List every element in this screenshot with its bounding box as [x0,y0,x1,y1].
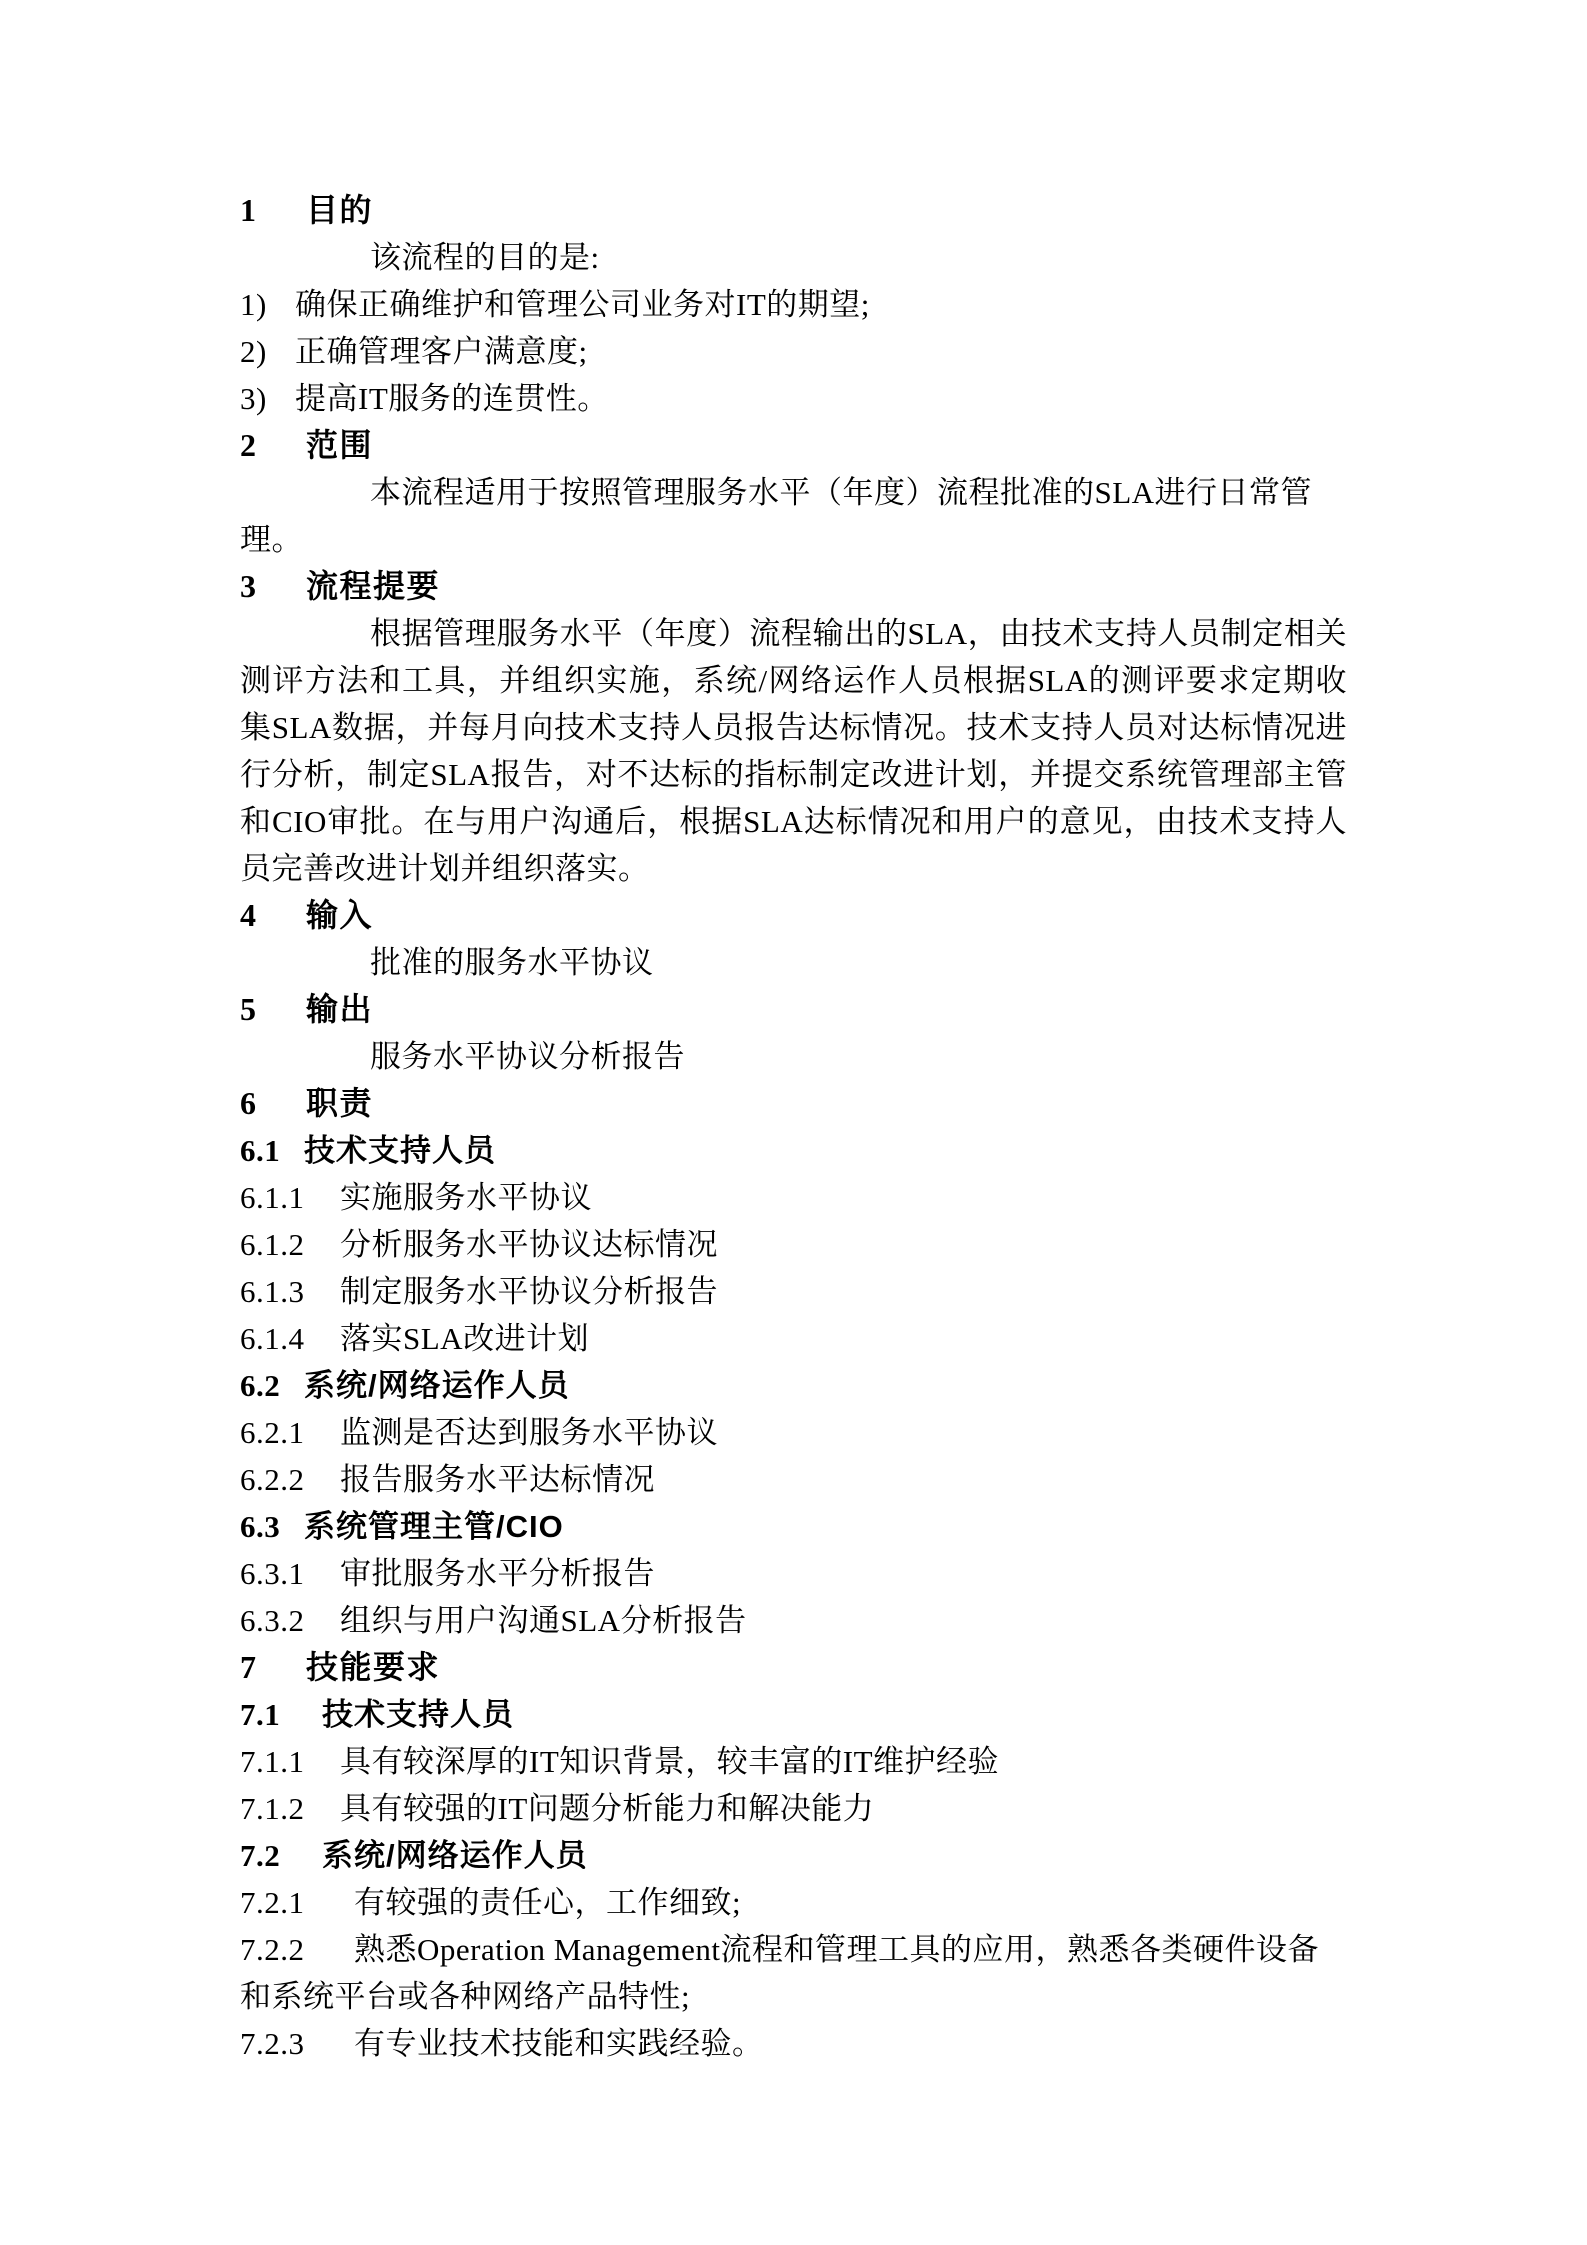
item-number: 6.3 [240,1503,304,1550]
body-text: 该流程的目的是: [370,240,600,275]
numbered-item: 7.2.1有较强的责任心，工作细致; [240,1879,1347,1926]
item-number: 1 [240,187,306,234]
body-text: 具有较深厚的IT知识背景，较丰富的IT维护经验 [340,1744,999,1779]
document-body: 1目的该流程的目的是:1)确保正确维护和管理公司业务对IT的期望;2)正确管理客… [240,187,1347,2067]
body-text: 制定服务水平协议分析报告 [340,1274,718,1309]
subsection-heading: 6.2系统/网络运作人员 [240,1362,1347,1409]
body-text: 有较强的责任心，工作细致; [354,1885,741,1920]
item-number: 5 [240,986,306,1033]
body-text: 有专业技术技能和实践经验。 [354,2026,764,2061]
item-number: 2 [240,422,306,469]
paragraph: 根据管理服务水平（年度）流程输出的SLA，由技术支持人员制定相关测评方法和工具，… [240,610,1347,892]
subsection-heading: 7.2系统/网络运作人员 [240,1832,1347,1879]
numbered-item: 6.2.1监测是否达到服务水平协议 [240,1409,1347,1456]
heading-text: 职责 [306,1085,373,1121]
item-number: 6.2 [240,1362,304,1409]
list-marker: 3) [240,375,295,422]
subsection-heading: 7.1技术支持人员 [240,1691,1347,1738]
heading-text: 范围 [306,427,373,463]
numbered-item: 6.1.2分析服务水平协议达标情况 [240,1221,1347,1268]
item-number: 4 [240,892,306,939]
item-number: 6.2.2 [240,1456,340,1503]
section-heading: 7技能要求 [240,1644,1347,1691]
section-heading: 4输入 [240,892,1347,939]
item-number: 6.1.2 [240,1221,340,1268]
list-item: 3)提高IT服务的连贯性。 [240,375,1347,422]
numbered-item: 7.1.2具有较强的IT问题分析能力和解决能力 [240,1785,1347,1832]
section-heading: 5输出 [240,986,1347,1033]
body-text: 具有较强的IT问题分析能力和解决能力 [340,1791,874,1826]
item-number: 7.2.3 [240,2020,354,2067]
heading-text: 流程提要 [306,568,440,604]
body-text: 提高IT服务的连贯性。 [295,381,609,416]
item-number: 6.1 [240,1127,304,1174]
heading-text: 系统/网络运作人员 [322,1838,588,1873]
heading-text: 系统/网络运作人员 [304,1368,570,1403]
body-text: 分析服务水平协议达标情况 [340,1227,718,1262]
body-text: 组织与用户沟通SLA分析报告 [340,1603,747,1638]
item-number: 6.2.1 [240,1409,340,1456]
list-marker: 2) [240,328,295,375]
body-text: 根据管理服务水平（年度）流程输出的SLA，由技术支持人员制定相关测评方法和工具，… [240,616,1347,886]
paragraph: 批准的服务水平协议 [240,939,1347,986]
item-number: 7.2.2 [240,1926,354,1973]
section-heading: 2范围 [240,422,1347,469]
body-text: 服务水平协议分析报告 [370,1039,685,1074]
item-number: 7.1.1 [240,1738,340,1785]
section-heading: 3流程提要 [240,563,1347,610]
item-number: 6.3.2 [240,1597,340,1644]
numbered-item: 6.3.2组织与用户沟通SLA分析报告 [240,1597,1347,1644]
list-marker: 1) [240,281,295,328]
paragraph: 服务水平协议分析报告 [240,1033,1347,1080]
body-text: 落实SLA改进计划 [340,1321,589,1356]
body-text: 报告服务水平达标情况 [340,1462,655,1497]
item-number: 6.1.4 [240,1315,340,1362]
body-text: 审批服务水平分析报告 [340,1556,655,1591]
item-number: 7.1.2 [240,1785,340,1832]
body-text: 本流程适用于按照管理服务水平（年度）流程批准的SLA进行日常管理。 [240,475,1312,557]
paragraph: 本流程适用于按照管理服务水平（年度）流程批准的SLA进行日常管理。 [240,469,1347,563]
item-number: 6 [240,1080,306,1127]
body-text: 监测是否达到服务水平协议 [340,1415,718,1450]
body-text: 实施服务水平协议 [340,1180,592,1215]
numbered-item: 7.1.1具有较深厚的IT知识背景，较丰富的IT维护经验 [240,1738,1347,1785]
heading-text: 技术支持人员 [322,1697,514,1732]
list-item: 2)正确管理客户满意度; [240,328,1347,375]
subsection-heading: 6.1技术支持人员 [240,1127,1347,1174]
body-text: 熟悉Operation Management流程和管理工具的应用，熟悉各类硬件设… [240,1932,1319,2014]
item-number: 3 [240,563,306,610]
heading-text: 技术支持人员 [304,1133,496,1168]
section-heading: 1目的 [240,187,1347,234]
heading-text: 技能要求 [306,1649,440,1685]
item-number: 7.2.1 [240,1879,354,1926]
body-text: 正确管理客户满意度; [295,334,588,369]
heading-text: 输入 [306,897,373,933]
numbered-item: 7.2.3有专业技术技能和实践经验。 [240,2020,1347,2067]
item-number: 7 [240,1644,306,1691]
subsection-heading: 6.3系统管理主管/CIO [240,1503,1347,1550]
paragraph: 该流程的目的是: [240,234,1347,281]
item-number: 6.1.3 [240,1268,340,1315]
heading-text: 目的 [306,192,373,228]
section-heading: 6职责 [240,1080,1347,1127]
numbered-item: 6.2.2报告服务水平达标情况 [240,1456,1347,1503]
list-item: 1)确保正确维护和管理公司业务对IT的期望; [240,281,1347,328]
body-text: 确保正确维护和管理公司业务对IT的期望; [295,287,870,322]
numbered-item: 6.3.1审批服务水平分析报告 [240,1550,1347,1597]
heading-text: 系统管理主管/CIO [304,1509,564,1544]
item-number: 6.3.1 [240,1550,340,1597]
item-number: 6.1.1 [240,1174,340,1221]
numbered-item: 6.1.1实施服务水平协议 [240,1174,1347,1221]
numbered-item: 7.2.2熟悉Operation Management流程和管理工具的应用，熟悉… [240,1926,1347,2020]
numbered-item: 6.1.3制定服务水平协议分析报告 [240,1268,1347,1315]
heading-text: 输出 [306,991,373,1027]
item-number: 7.1 [240,1691,322,1738]
body-text: 批准的服务水平协议 [370,945,654,980]
numbered-item: 6.1.4落实SLA改进计划 [240,1315,1347,1362]
item-number: 7.2 [240,1832,322,1879]
